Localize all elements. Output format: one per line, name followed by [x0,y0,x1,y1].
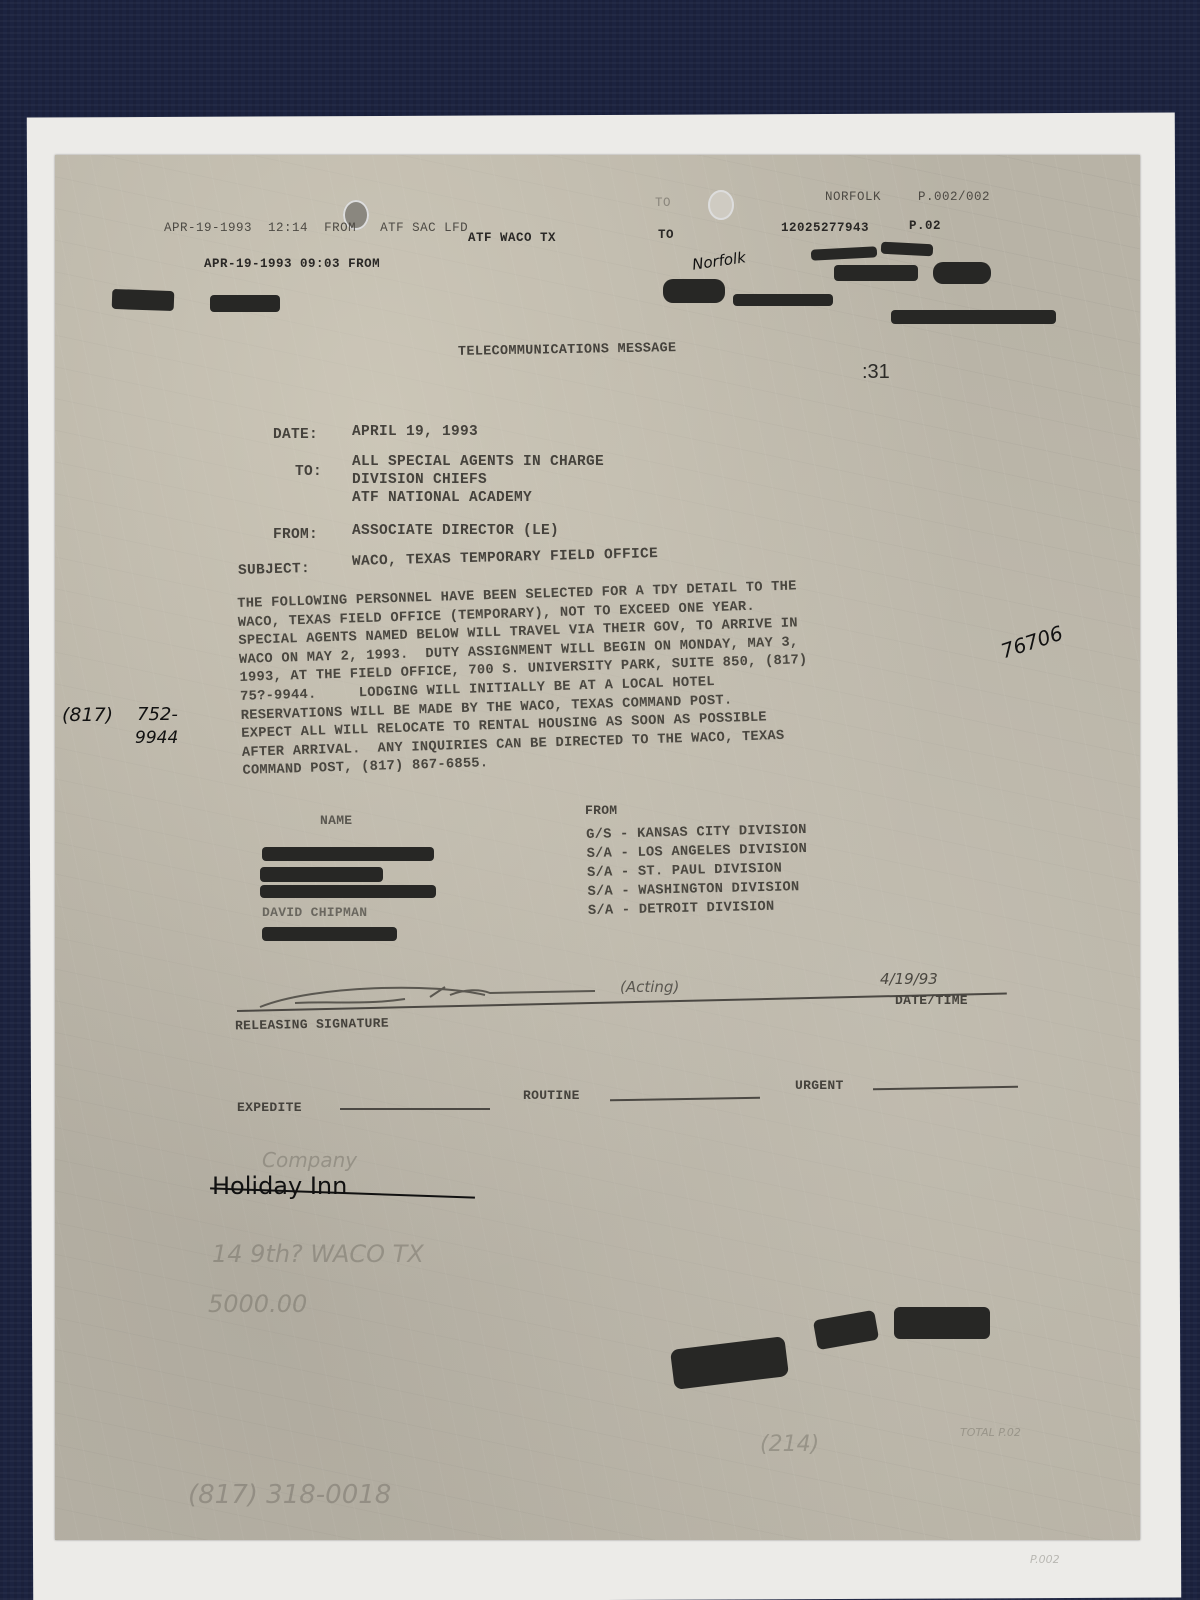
redaction-header-5 [834,265,918,281]
fax1-page: P.002/002 [918,190,990,204]
date-time-label: DATE/TIME [895,993,968,1008]
fax2-number: 12025277943 [781,221,869,235]
personnel-from-list: G/S - KANSAS CITY DIVISION S/A - LOS ANG… [586,821,809,921]
handwritten-hotel: Holiday Inn [212,1172,347,1200]
handwritten-phone-area: (817) [62,704,113,726]
ghost-text: (817) 318-0018 [188,1480,391,1510]
fax1-date: APR-19-1993 [164,221,252,235]
redaction-header-2 [210,295,280,312]
name-header: NAME [320,813,352,828]
to-line-1: ALL SPECIAL AGENTS IN CHARGE [352,454,604,470]
redacted-name-1 [262,847,434,861]
redaction-header-9 [891,310,1056,324]
date-label: DATE: [273,427,318,443]
fax1-from: ATF SAC LFD [380,221,468,235]
punch-hole-right [708,190,734,220]
ghost-text: P.002 [1030,1553,1060,1566]
personnel-name: DAVID CHIPMAN [262,905,367,920]
to-line-3: ATF NATIONAL ACADEMY [352,490,532,506]
handwritten-phone-suffix: 9944 [135,728,178,748]
date-value: APRIL 19, 1993 [352,424,478,440]
fax1-destination: NORFOLK [825,190,881,204]
fax-header-line2: APR-19-1993 09:03 FROM [188,243,380,271]
handwritten-acting: (Acting) [620,978,679,996]
fax2-from-label: FROM [348,257,380,271]
ghost-text: 14 9th? WACO TX [212,1240,424,1268]
signature-scribble [255,975,615,1015]
subject-label: SUBJECT: [238,561,310,579]
fax2-date: APR-19-1993 [204,257,292,271]
time-stamp: :31 [862,361,890,384]
redaction-header-6 [933,262,991,284]
from-label: FROM: [273,527,318,543]
redaction-header-1 [112,289,175,311]
urgent-label: URGENT [795,1078,844,1093]
redaction-header-8 [733,294,833,306]
ghost-text: 5000.00 [208,1290,307,1318]
message-body: THE FOLLOWING PERSONNEL HAVE BEEN SELECT… [237,578,811,782]
ghost-text: Company [262,1148,357,1172]
fax2-time: 09:03 [300,257,340,271]
fax1-to-label: TO [655,196,671,210]
expedite-line [340,1108,490,1110]
ghost-text: (214) [760,1432,819,1457]
redacted-name-2 [260,867,383,882]
to-line-2: DIVISION CHIEFS [352,472,487,488]
ghost-text: TOTAL P.02 [960,1426,1021,1439]
handwritten-phone-prefix: 752- [137,704,178,725]
routine-label: ROUTINE [523,1088,580,1103]
to-label: TO: [295,464,322,480]
fax-header-line1: APR-19-1993 12:14 FROM ATF SAC LFD [148,207,468,235]
fax1-from-label: FROM [324,221,356,235]
from-value: ASSOCIATE DIRECTOR (LE) [352,523,559,539]
fax2-page: P.02 [909,219,941,233]
fax1-time: 12:14 [268,221,308,235]
redaction-lower-3 [894,1307,990,1339]
redacted-name-5 [262,927,397,941]
from-header: FROM [585,803,617,818]
fax2-to-label: TO [658,228,674,242]
fax2-from: ATF WACO TX [468,231,556,245]
redaction-header-7 [663,279,725,303]
releasing-signature-label: RELEASING SIGNATURE [235,1016,389,1034]
redacted-name-3 [260,885,436,898]
handwritten-date: 4/19/93 [880,970,938,988]
expedite-label: EXPEDITE [237,1100,302,1115]
